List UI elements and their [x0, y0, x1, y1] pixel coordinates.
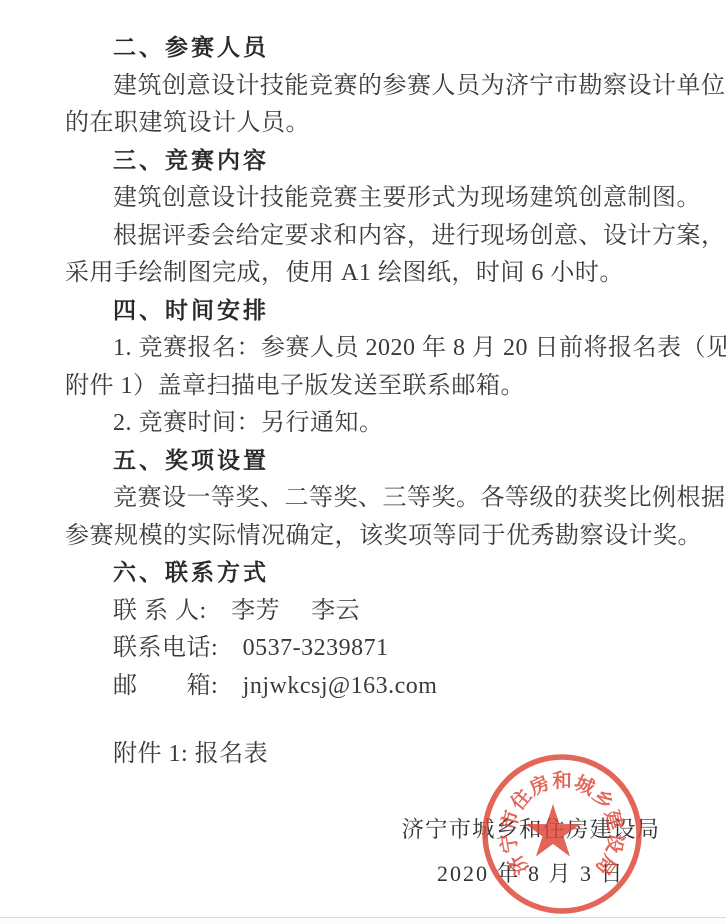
section-heading-awards: 五、奖项设置 [65, 443, 665, 481]
document-body: 二、参赛人员 建筑创意设计技能竞赛的参赛人员为济宁市勘察设计单位 的在职建筑设计… [65, 30, 665, 705]
body-line: 根据评委会给定要求和内容，进行现场创意、设计方案， [65, 218, 665, 256]
scan-edge-divider [0, 917, 726, 924]
signature-block: 济宁市城乡和住房建设局 2020 年 8 月 3 日 [401, 815, 660, 888]
issue-date: 2020 年 8 月 3 日 [401, 860, 660, 888]
contact-phone-line: 联系电话: 0537-3239871 [65, 630, 665, 668]
svg-text:房: 房 [525, 771, 553, 801]
contact-person-line: 联 系 人: 李芳 李云 [65, 593, 665, 631]
body-line: 附件 1）盖章扫描电子版发送至联系邮箱。 [65, 368, 665, 406]
body-line: 建筑创意设计技能竞赛主要形式为现场建筑创意制图。 [65, 180, 665, 218]
body-line: 2. 竞赛时间：另行通知。 [65, 405, 665, 443]
issuing-authority: 济宁市城乡和住房建设局 [401, 815, 660, 845]
svg-text:乡: 乡 [588, 785, 618, 815]
svg-text:和: 和 [552, 769, 572, 792]
body-line: 1. 竞赛报名：参赛人员 2020 年 8 月 20 日前将报名表（见 [65, 330, 665, 368]
section-heading-participants: 二、参赛人员 [65, 30, 665, 68]
body-line: 的在职建筑设计人员。 [65, 105, 665, 143]
contact-email-line: 邮 箱: jnjwkcsj@163.com [65, 668, 665, 706]
body-line: 竞赛设一等奖、二等奖、三等奖。各等级的获奖比例根据 [65, 480, 665, 518]
document-page: 二、参赛人员 建筑创意设计技能竞赛的参赛人员为济宁市勘察设计单位 的在职建筑设计… [0, 0, 726, 924]
svg-text:住: 住 [506, 784, 536, 814]
section-heading-content: 三、竞赛内容 [65, 143, 665, 181]
body-line: 参赛规模的实际情况确定，该奖项等同于优秀勘察设计奖。 [65, 518, 665, 556]
section-heading-schedule: 四、时间安排 [65, 293, 665, 331]
attachment-note: 附件 1: 报名表 [113, 736, 268, 774]
section-heading-contact: 六、联系方式 [65, 555, 665, 593]
svg-text:城: 城 [571, 771, 599, 800]
body-line: 建筑创意设计技能竞赛的参赛人员为济宁市勘察设计单位 [65, 68, 665, 106]
body-line: 采用手绘制图完成，使用 A1 绘图纸，时间 6 小时。 [65, 255, 665, 293]
